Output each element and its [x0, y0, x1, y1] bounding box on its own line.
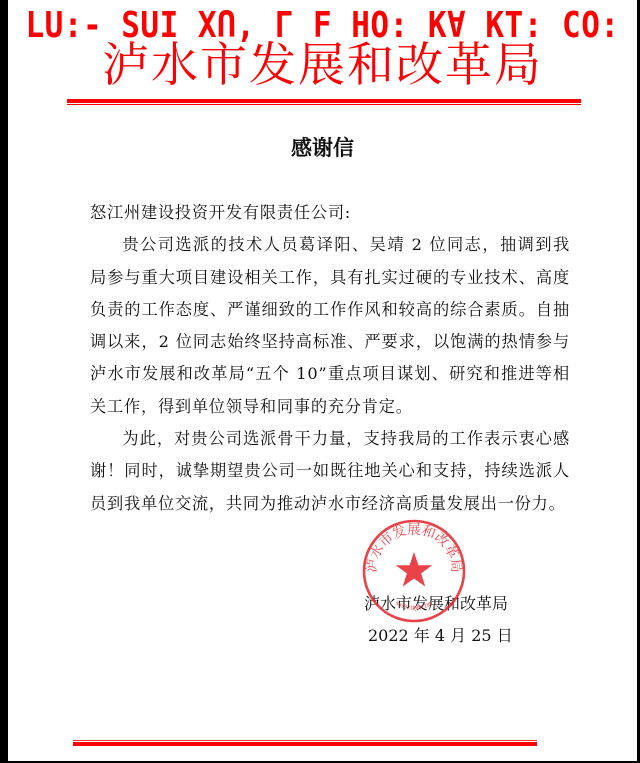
letterhead-org-name: 泸水市发展和改革局	[8, 40, 637, 92]
body-paragraph-2: 为此，对贵公司选派骨干力量，支持我局的工作表示衷心感谢！同时，诚挚期望贵公司一如…	[90, 423, 570, 520]
body-paragraph-1: 贵公司选派的技术人员葛译阳、吴靖 2 位同志，抽调到我局参与重大项目建设相关工作…	[90, 229, 570, 423]
footer-divider-thin	[73, 740, 537, 741]
letter-body: 怒江州建设投资开发有限责任公司: 贵公司选派的技术人员葛译阳、吴靖 2 位同志，…	[90, 197, 570, 520]
svg-text:泸水市发展和改革局: 泸水市发展和改革局	[363, 522, 465, 574]
letterhead-divider-thick	[67, 99, 581, 103]
footer-divider-thick	[73, 742, 537, 746]
letterhead-divider-thin	[67, 104, 581, 105]
letter-page: LU:- SUI XՈ, Γ F HO: KⱯ KT: CO: 泸水市发展和改革…	[8, 0, 637, 761]
document-title: 感谢信	[8, 135, 637, 161]
signature-block: 泸水市发展和改革局 2022 年 4 月 25 日	[364, 588, 524, 652]
signature-org: 泸水市发展和改革局	[364, 588, 524, 620]
seal-text: 泸水市发展和改革局	[363, 522, 465, 574]
salutation: 怒江州建设投资开发有限责任公司:	[90, 197, 570, 229]
signature-date: 2022 年 4 月 25 日	[364, 620, 524, 652]
